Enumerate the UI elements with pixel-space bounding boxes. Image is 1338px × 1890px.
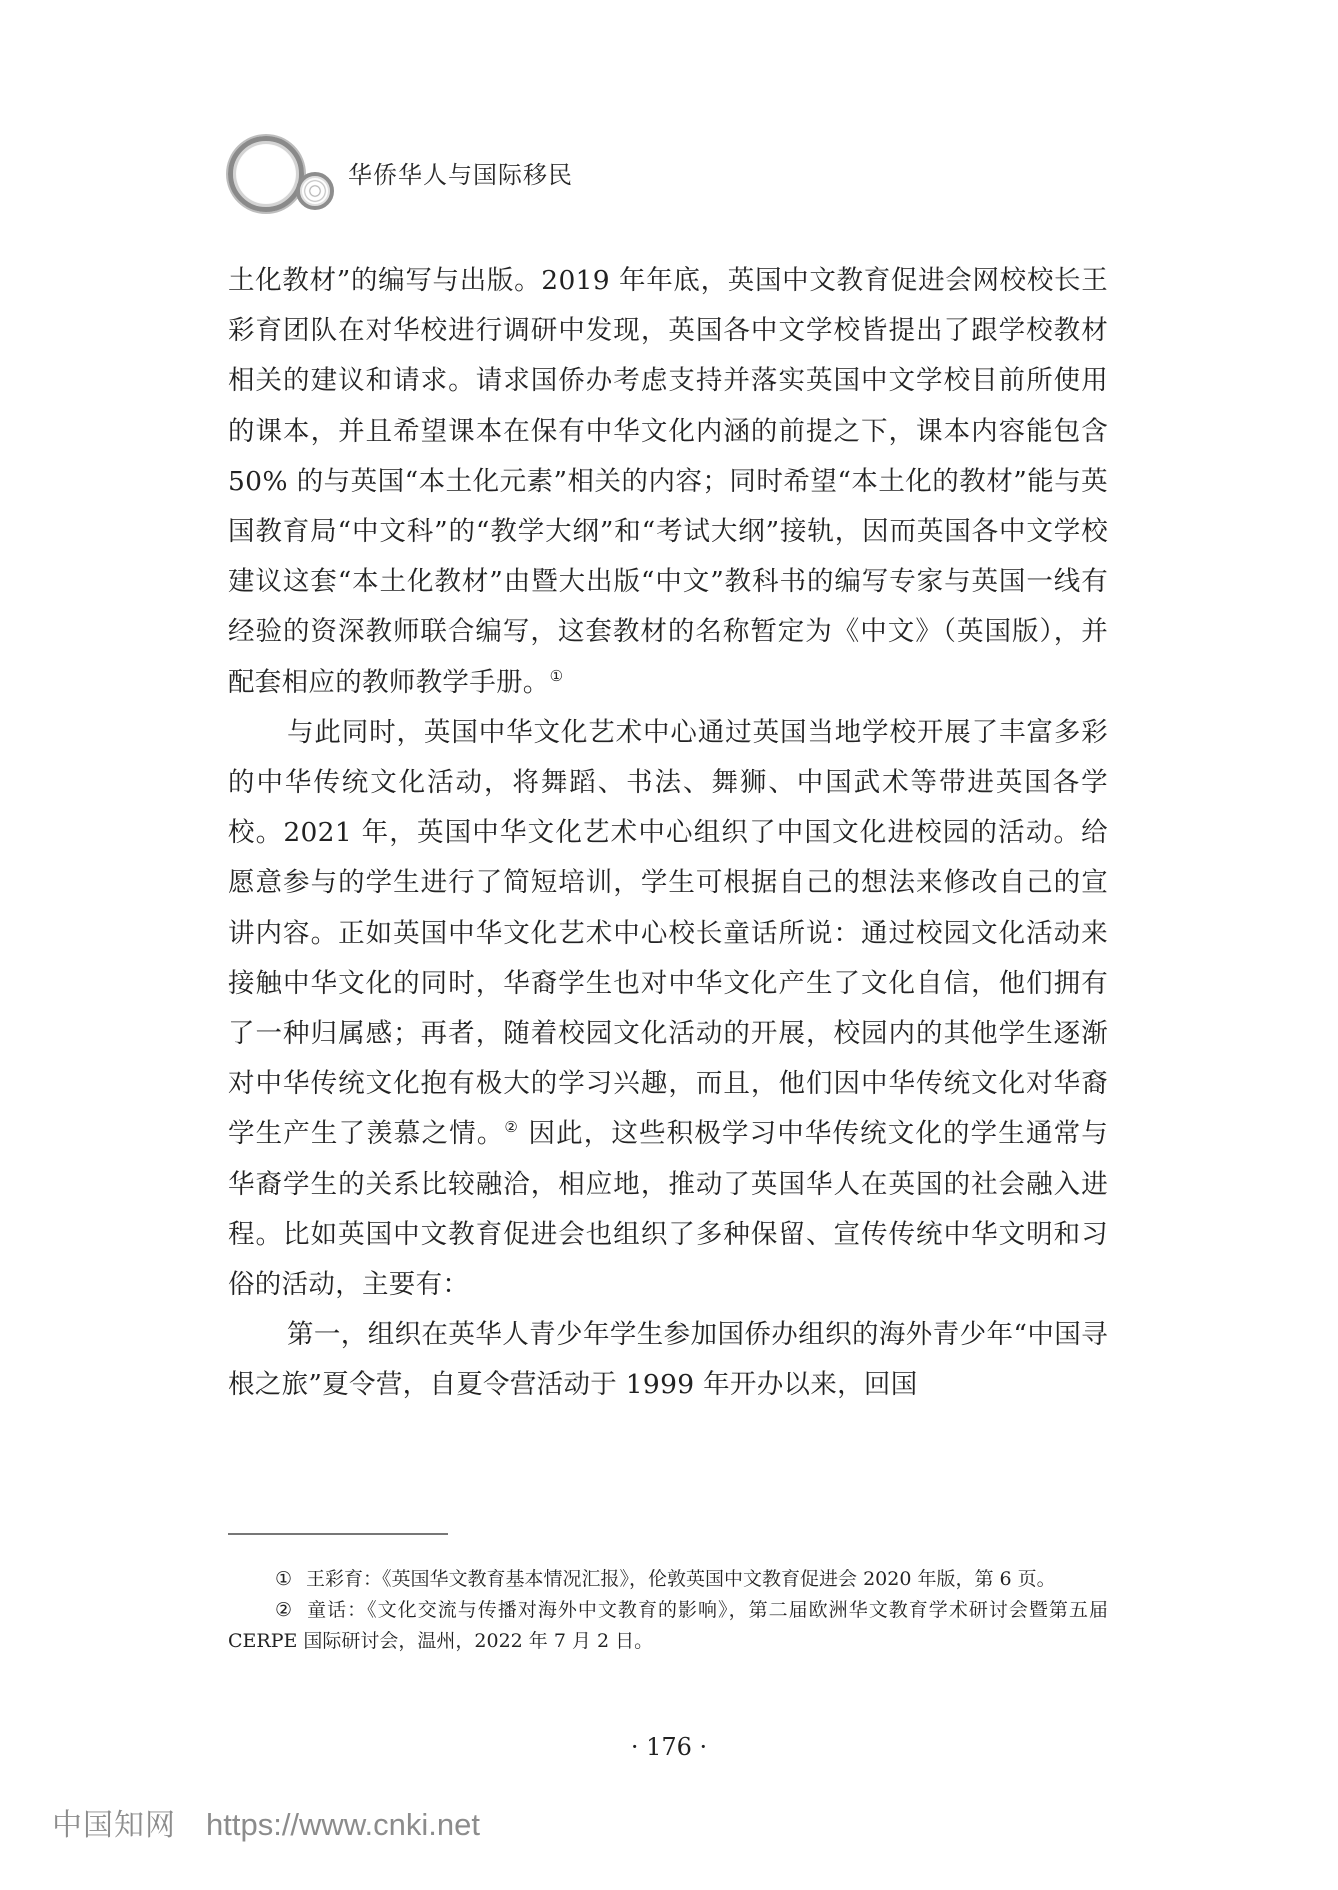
footnote-text: 童话：《文化交流与传播对海外中文教育的影响》，第二届欧洲华文教育学术研讨会暨第五… [228,1599,1108,1652]
watermark-url[interactable]: https://www.cnki.net [206,1807,480,1843]
footnote-text: 王彩育：《英国华文教育基本情况汇报》，伦敦英国中文教育促进会 2020 年版，第… [306,1568,1056,1590]
body-text: 土化教材”的编写与出版。2019 年年底，英国中文教育促进会网校校长王彩育团队在… [228,256,1108,1411]
paragraph-2: 与此同时，英国中华文化艺术中心通过英国当地学校开展了丰富多彩的中华传统文化活动，… [228,708,1108,1310]
footnote-2: ②童话：《文化交流与传播对海外中文教育的影响》，第二届欧洲华文教育学术研讨会暨第… [228,1595,1108,1657]
footnote-mark: ① [275,1568,292,1590]
footnote-mark: ② [275,1599,293,1621]
book-title: 华侨华人与国际移民 [348,155,573,190]
watermark-name: 中国知网 [52,1800,176,1844]
small-ring-icon [296,172,334,210]
paragraph-text: 土化教材”的编写与出版。2019 年年底，英国中文教育促进会网校校长王彩育团队在… [228,265,1108,698]
large-ring-icon [228,136,304,212]
footnote-ref-2[interactable]: ② [504,1118,519,1136]
footnote-1: ①王彩育：《英国华文教育基本情况汇报》，伦敦英国中文教育促进会 2020 年版，… [228,1564,1108,1595]
paragraph-1: 土化教材”的编写与出版。2019 年年底，英国中文教育促进会网校校长王彩育团队在… [228,256,1108,708]
paragraph-3: 第一，组织在英华人青少年学生参加国侨办组织的海外青少年“中国寻根之旅”夏令营，自… [228,1310,1108,1410]
footnotes: ①王彩育：《英国华文教育基本情况汇报》，伦敦英国中文教育促进会 2020 年版，… [228,1564,1108,1657]
paragraph-text: 与此同时，英国中华文化艺术中心通过英国当地学校开展了丰富多彩的中华传统文化活动，… [228,717,1108,1150]
footnote-ref-1[interactable]: ① [550,667,564,685]
running-header: 华侨华人与国际移民 [228,132,573,212]
double-ring-logo-icon [228,132,338,212]
page-number: · 176 · [0,1733,1338,1761]
cnki-watermark: 中国知网 https://www.cnki.net [52,1800,480,1844]
paragraph-text: 第一，组织在英华人青少年学生参加国侨办组织的海外青少年“中国寻根之旅”夏令营，自… [228,1319,1108,1400]
footnote-divider [228,1533,448,1535]
